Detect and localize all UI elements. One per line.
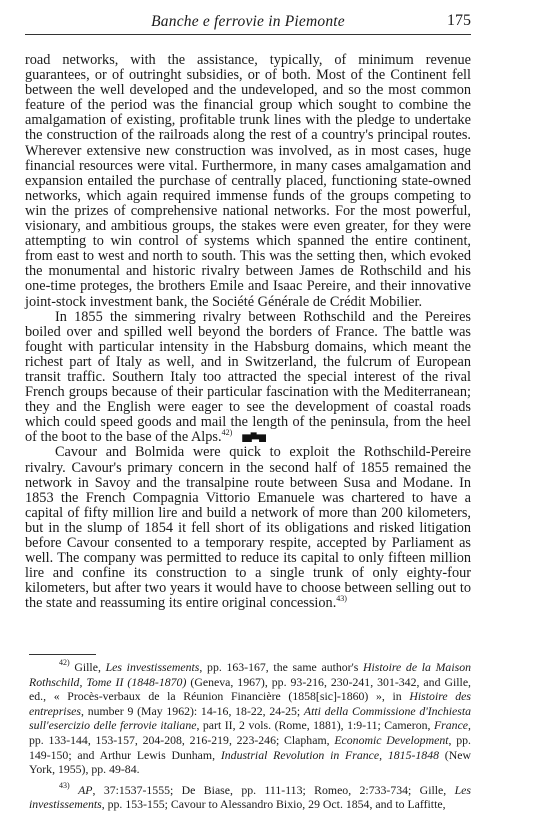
footnote-ref-43[interactable]: 43)	[336, 594, 347, 603]
running-title: Banche e ferrovie in Piemonte	[25, 13, 471, 31]
footnotes: 42) Gille, Les investissements, pp. 163-…	[29, 660, 471, 818]
footnote-divider	[29, 654, 96, 655]
paragraph-2-text: In 1855 the simmering rivalry between Ro…	[25, 309, 471, 446]
paragraph-2: In 1855 the simmering rivalry between Ro…	[25, 310, 471, 446]
running-header: Banche e ferrovie in Piemonte 175	[25, 10, 471, 35]
footnote-marker: 43)	[59, 781, 70, 790]
paragraph-1: road networks, with the assistance, typi…	[25, 53, 471, 310]
citation-title: France	[434, 718, 468, 732]
footnote-text	[70, 783, 78, 797]
paragraph-3-text: Cavour and Bolmida were quick to exploit…	[25, 444, 471, 611]
footnote-43: 43) AP, 37:1537-1555; De Biase, pp. 111-…	[29, 783, 471, 812]
footnote-42: 42) Gille, Les investissements, pp. 163-…	[29, 660, 471, 777]
footnote-text: , pp. 153-155; Cavour to Alessandro Bixi…	[102, 797, 446, 811]
footnote-text: , 37:1537-1555; De Biase, pp. 111-113; R…	[92, 783, 454, 797]
paragraph-3: Cavour and Bolmida were quick to exploit…	[25, 445, 471, 611]
citation-title: Economic Development	[334, 733, 448, 747]
footnote-text: , number 9 (May 1962): 14-16, 18-22, 24-…	[81, 704, 304, 718]
main-text: road networks, with the assistance, typi…	[25, 53, 471, 611]
footnote-text: , pp. 163-167, the same author's	[199, 660, 363, 674]
citation-title: AP	[78, 783, 92, 797]
footnote-text: Gille,	[70, 660, 106, 674]
footnote-text: , part II, 2 vols. (Rome, 1881), 1:9-11;…	[196, 718, 434, 732]
ink-blot-mark	[242, 432, 266, 442]
citation-title: Industrial Revolution in France, 1815-18…	[221, 748, 439, 762]
footnote-marker: 42)	[59, 658, 70, 667]
footnote-ref-42[interactable]: 42)	[222, 428, 233, 437]
citation-title: Les investissements	[106, 660, 200, 674]
page-number: 175	[447, 12, 471, 30]
